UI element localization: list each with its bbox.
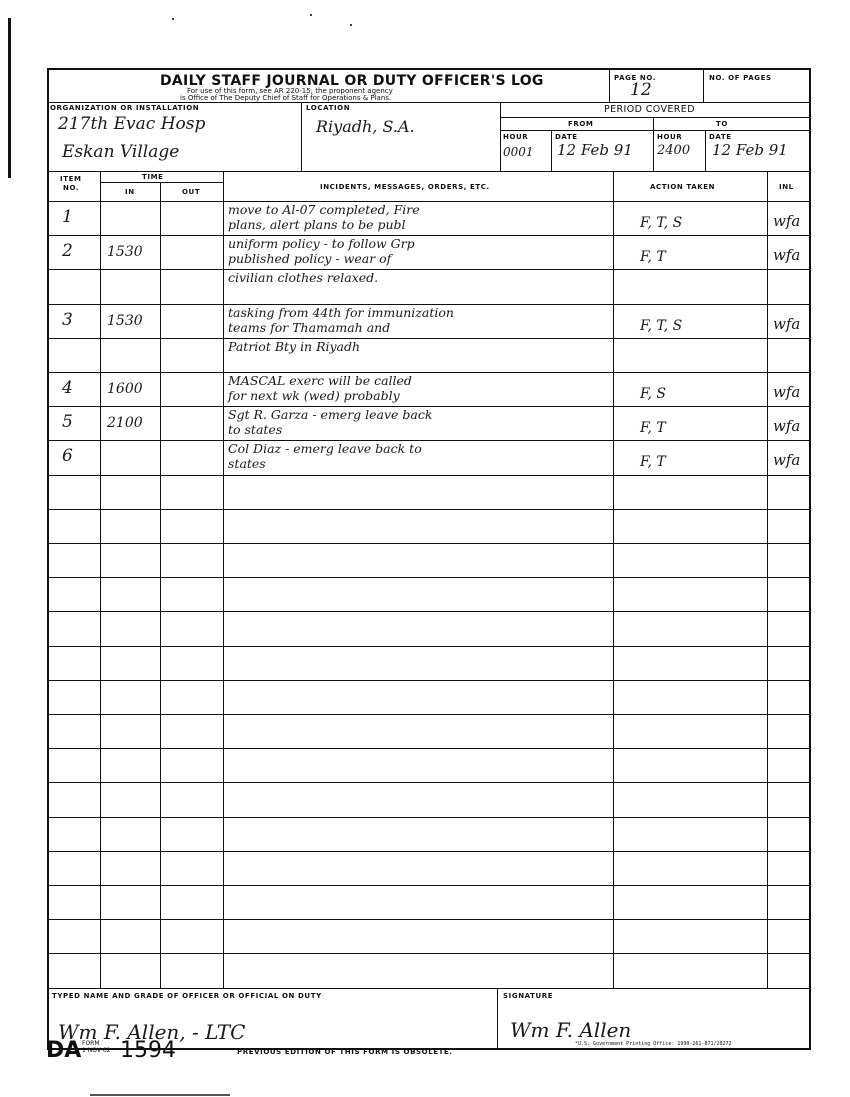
divider <box>705 130 706 171</box>
to-date-label: DATE <box>709 133 732 141</box>
action-taken-cell[interactable]: F, T, S <box>640 318 682 334</box>
period-covered-label: PERIOD COVERED <box>604 104 695 115</box>
column-divider <box>223 171 224 988</box>
initials-cell[interactable]: wfa <box>773 246 800 264</box>
time-in-cell[interactable]: 2100 <box>107 415 143 431</box>
obsolete-notice: PREVIOUS EDITION OF THIS FORM IS OBSOLET… <box>237 1048 453 1056</box>
incident-line-1[interactable]: Col Diaz - emerg leave back to <box>228 441 422 456</box>
incident-line-2[interactable]: to states <box>228 422 282 437</box>
divider <box>47 201 811 202</box>
time-in-cell[interactable]: 1600 <box>107 381 143 397</box>
time-in-cell[interactable]: 1530 <box>107 313 143 329</box>
divider <box>47 102 811 103</box>
row-divider <box>47 646 811 647</box>
typed-name-label: TYPED NAME AND GRADE OF OFFICER OR OFFIC… <box>52 992 322 1000</box>
page-no-field[interactable]: 12 <box>630 80 652 100</box>
form-prefix: DA <box>46 1038 81 1063</box>
incident-line-2[interactable]: for next wk (wed) probably <box>228 388 400 403</box>
duty-log-form <box>47 68 811 1050</box>
divider <box>47 171 811 172</box>
from-date-label: DATE <box>555 133 578 141</box>
time-in-cell[interactable]: 1530 <box>107 244 143 260</box>
row-divider <box>47 509 811 510</box>
divider <box>703 68 704 103</box>
scan-edge-line <box>90 1094 230 1096</box>
divider <box>609 68 610 103</box>
item-no-label-2: NO. <box>63 184 79 192</box>
from-hour-label: HOUR <box>503 133 528 141</box>
row-divider <box>47 338 811 339</box>
from-hour-field[interactable]: 0001 <box>503 145 534 159</box>
organization-field-line2[interactable]: Eskan Village <box>62 142 179 162</box>
row-divider <box>47 235 811 236</box>
item-no-cell[interactable]: 6 <box>62 446 73 466</box>
column-divider <box>100 171 101 988</box>
incident-line-1[interactable]: Sgt R. Garza - emerg leave back <box>228 407 432 422</box>
time-out-label: OUT <box>182 188 200 196</box>
scan-speck <box>350 24 352 26</box>
initials-cell[interactable]: wfa <box>773 417 800 435</box>
action-taken-cell[interactable]: F, S <box>640 386 666 402</box>
incident-line-1[interactable]: Patriot Bty in Riyadh <box>228 339 360 354</box>
row-divider <box>47 680 811 681</box>
column-divider <box>613 171 614 988</box>
incident-line-2[interactable]: plans, alert plans to be publ <box>228 217 406 232</box>
incident-line-1[interactable]: MASCAL exerc will be called <box>228 373 412 388</box>
location-field[interactable]: Riyadh, S.A. <box>316 117 415 136</box>
initials-cell[interactable]: wfa <box>773 383 800 401</box>
divider <box>500 130 811 131</box>
row-divider <box>47 817 811 818</box>
row-divider <box>47 269 811 270</box>
row-divider <box>47 782 811 783</box>
initials-cell[interactable]: wfa <box>773 315 800 333</box>
action-taken-cell[interactable]: F, T <box>640 454 666 470</box>
column-divider <box>767 171 768 988</box>
item-no-cell[interactable]: 1 <box>62 207 73 227</box>
time-in-label: IN <box>125 188 135 196</box>
form-edition-block: FORM 1 NOV 62 <box>82 1040 110 1054</box>
row-divider <box>47 543 811 544</box>
location-label: LOCATION <box>306 104 350 112</box>
incident-line-2[interactable]: published policy - wear of <box>228 251 391 266</box>
row-divider <box>47 577 811 578</box>
initials-cell[interactable]: wfa <box>773 212 800 230</box>
form-date: 1 NOV 62 <box>82 1047 110 1054</box>
divider <box>551 130 552 171</box>
incident-line-1[interactable]: uniform policy - to follow Grp <box>228 236 415 251</box>
row-divider <box>47 440 811 441</box>
action-taken-label: ACTION TAKEN <box>650 183 715 191</box>
incident-line-1[interactable]: move to Al-07 completed, Fire <box>228 202 420 217</box>
initials-cell[interactable]: wfa <box>773 451 800 469</box>
to-date-field[interactable]: 12 Feb 91 <box>712 141 788 159</box>
to-hour-field[interactable]: 2400 <box>657 143 690 158</box>
from-date-field[interactable]: 12 Feb 91 <box>557 141 633 159</box>
incident-line-2[interactable]: states <box>228 456 266 471</box>
form-subtitle-2: is Office of The Deputy Chief of Staff f… <box>180 95 391 102</box>
organization-label: ORGANIZATION OR INSTALLATION <box>50 104 199 112</box>
signature-field[interactable]: Wm F. Allen <box>510 1018 631 1042</box>
form-number: 1594 <box>120 1038 176 1063</box>
time-label: TIME <box>142 173 164 181</box>
item-no-cell[interactable]: 2 <box>62 241 73 261</box>
row-divider <box>47 372 811 373</box>
row-divider <box>47 953 811 954</box>
divider <box>100 182 223 183</box>
row-divider <box>47 885 811 886</box>
incident-line-2[interactable]: teams for Thamamah and <box>228 320 390 335</box>
organization-field-line1[interactable]: 217th Evac Hosp <box>58 114 205 134</box>
scan-edge-mark <box>8 18 11 178</box>
divider <box>47 988 811 989</box>
action-taken-cell[interactable]: F, T <box>640 420 666 436</box>
form-label: FORM <box>82 1040 110 1047</box>
item-no-cell[interactable]: 5 <box>62 412 73 432</box>
divider <box>653 117 654 171</box>
item-no-cell[interactable]: 4 <box>62 378 73 398</box>
row-divider <box>47 611 811 612</box>
divider <box>497 988 498 1050</box>
action-taken-cell[interactable]: F, T <box>640 249 666 265</box>
row-divider <box>47 714 811 715</box>
scan-speck <box>172 18 174 20</box>
incidents-label: INCIDENTS, MESSAGES, ORDERS, ETC. <box>320 183 490 191</box>
item-no-cell[interactable]: 3 <box>62 310 73 330</box>
divider <box>500 102 501 171</box>
row-divider <box>47 748 811 749</box>
row-divider <box>47 851 811 852</box>
divider <box>500 117 811 118</box>
from-label: FROM <box>568 120 594 128</box>
row-divider <box>47 475 811 476</box>
row-divider <box>47 919 811 920</box>
item-no-label-1: ITEM <box>60 175 82 183</box>
scan-speck <box>310 14 312 16</box>
divider <box>301 102 302 171</box>
action-taken-cell[interactable]: F, T, S <box>640 215 682 231</box>
incident-line-1[interactable]: civilian clothes relaxed. <box>228 270 378 285</box>
to-label: TO <box>716 120 728 128</box>
no-of-pages-label: NO. OF PAGES <box>709 74 772 82</box>
printing-office-note: *U.S. Government Printing Office: 1990-2… <box>575 1041 732 1047</box>
initials-label: INL <box>779 183 794 191</box>
incident-line-1[interactable]: tasking from 44th for immunization <box>228 305 454 320</box>
to-hour-label: HOUR <box>657 133 682 141</box>
signature-label: SIGNATURE <box>503 992 553 1000</box>
